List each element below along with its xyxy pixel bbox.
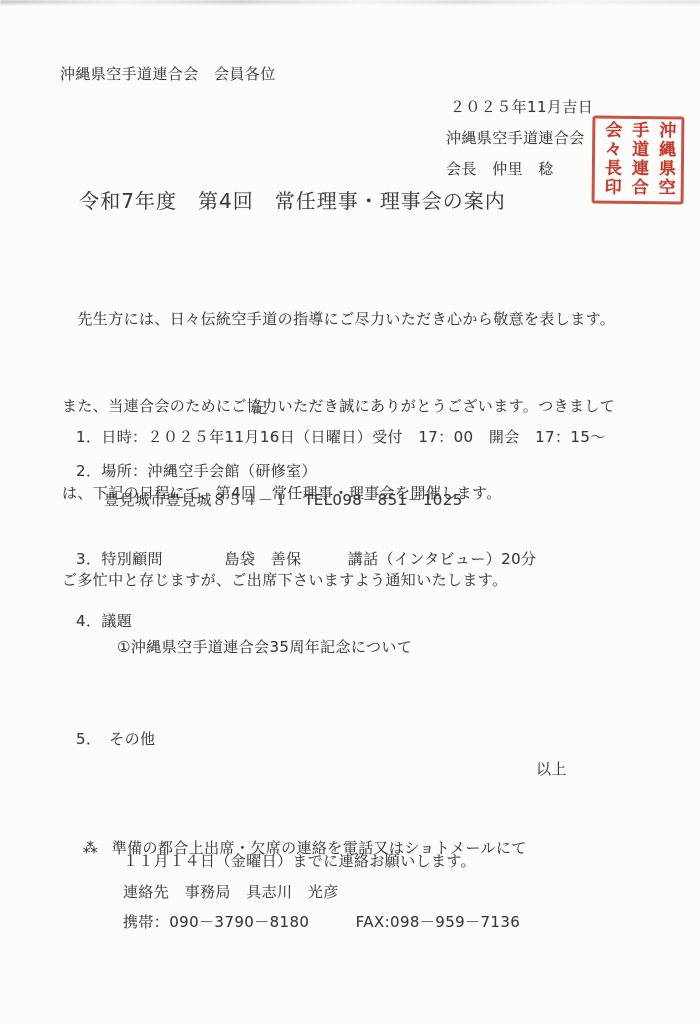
scan-edge-artifact bbox=[0, 0, 700, 4]
item-special-advisor: 3．特別顧問 島袋 善保 講話（インタビュー）20分 bbox=[76, 548, 536, 569]
recipient-line: 沖縄県空手道連合会 会員各位 bbox=[60, 63, 276, 84]
seal-column-right: 沖縄県空 bbox=[651, 121, 679, 199]
item-place: 2．場所：沖縄空手会館（研修室） bbox=[76, 460, 317, 481]
item-agenda-topic: ①沖縄県空手道連合会35周年記念について bbox=[117, 636, 412, 657]
body-line-4: ご多忙中と存じますが、ご出席下さいますよう通知いたします。 bbox=[62, 566, 615, 595]
note-phone-fax: 携帯：090－3790－8180 FAX:098－959－7136 bbox=[123, 911, 520, 932]
record-marker-ki: 記 bbox=[0, 397, 520, 418]
item-other: 5． その他 bbox=[76, 728, 155, 749]
item-datetime: 1．日時：２０２５年11月16日（日曜日）受付 17：00 開会 17：15～ bbox=[76, 426, 606, 447]
document-title: 令和7年度 第4回 常任理事・理事会の案内 bbox=[0, 185, 585, 214]
sender-organization: 沖縄県空手道連合会 bbox=[446, 127, 585, 148]
body-paragraph: 先生方には、日々伝統空手道の指導にご尽力いただき心から敬意を表します。 また、当… bbox=[62, 247, 615, 653]
item-agenda: 4．議題 bbox=[76, 610, 132, 631]
asterism-icon: ⁂ bbox=[83, 839, 98, 857]
scanned-letter-page: 沖縄県空手道連合会 会員各位 ２０２５年11月吉日 沖縄県空手道連合会 会長 仲… bbox=[0, 0, 700, 1024]
closing-ijou: 以上 bbox=[536, 758, 567, 779]
seal-column-left: 会々長印 bbox=[597, 121, 625, 199]
issue-date: ２０２５年11月吉日 bbox=[450, 96, 593, 117]
chairman-red-seal: 沖縄県空 手道連合 会々長印 bbox=[592, 116, 685, 205]
body-line-1: 先生方には、日々伝統空手道の指導にご尽力いただき心から敬意を表します。 bbox=[62, 305, 615, 334]
sender-chairman-name: 会長 仲里 稔 bbox=[446, 158, 554, 179]
note-contact-person: 連絡先 事務局 具志川 光彦 bbox=[123, 881, 339, 902]
seal-column-middle: 手道連合 bbox=[624, 121, 652, 199]
note-deadline: １１月１４日（金曜日）までに連絡お願いします。 bbox=[123, 850, 476, 871]
item-place-address: 豊見城市豊見城８５４－１ TEL098－851－1025 bbox=[104, 489, 463, 510]
